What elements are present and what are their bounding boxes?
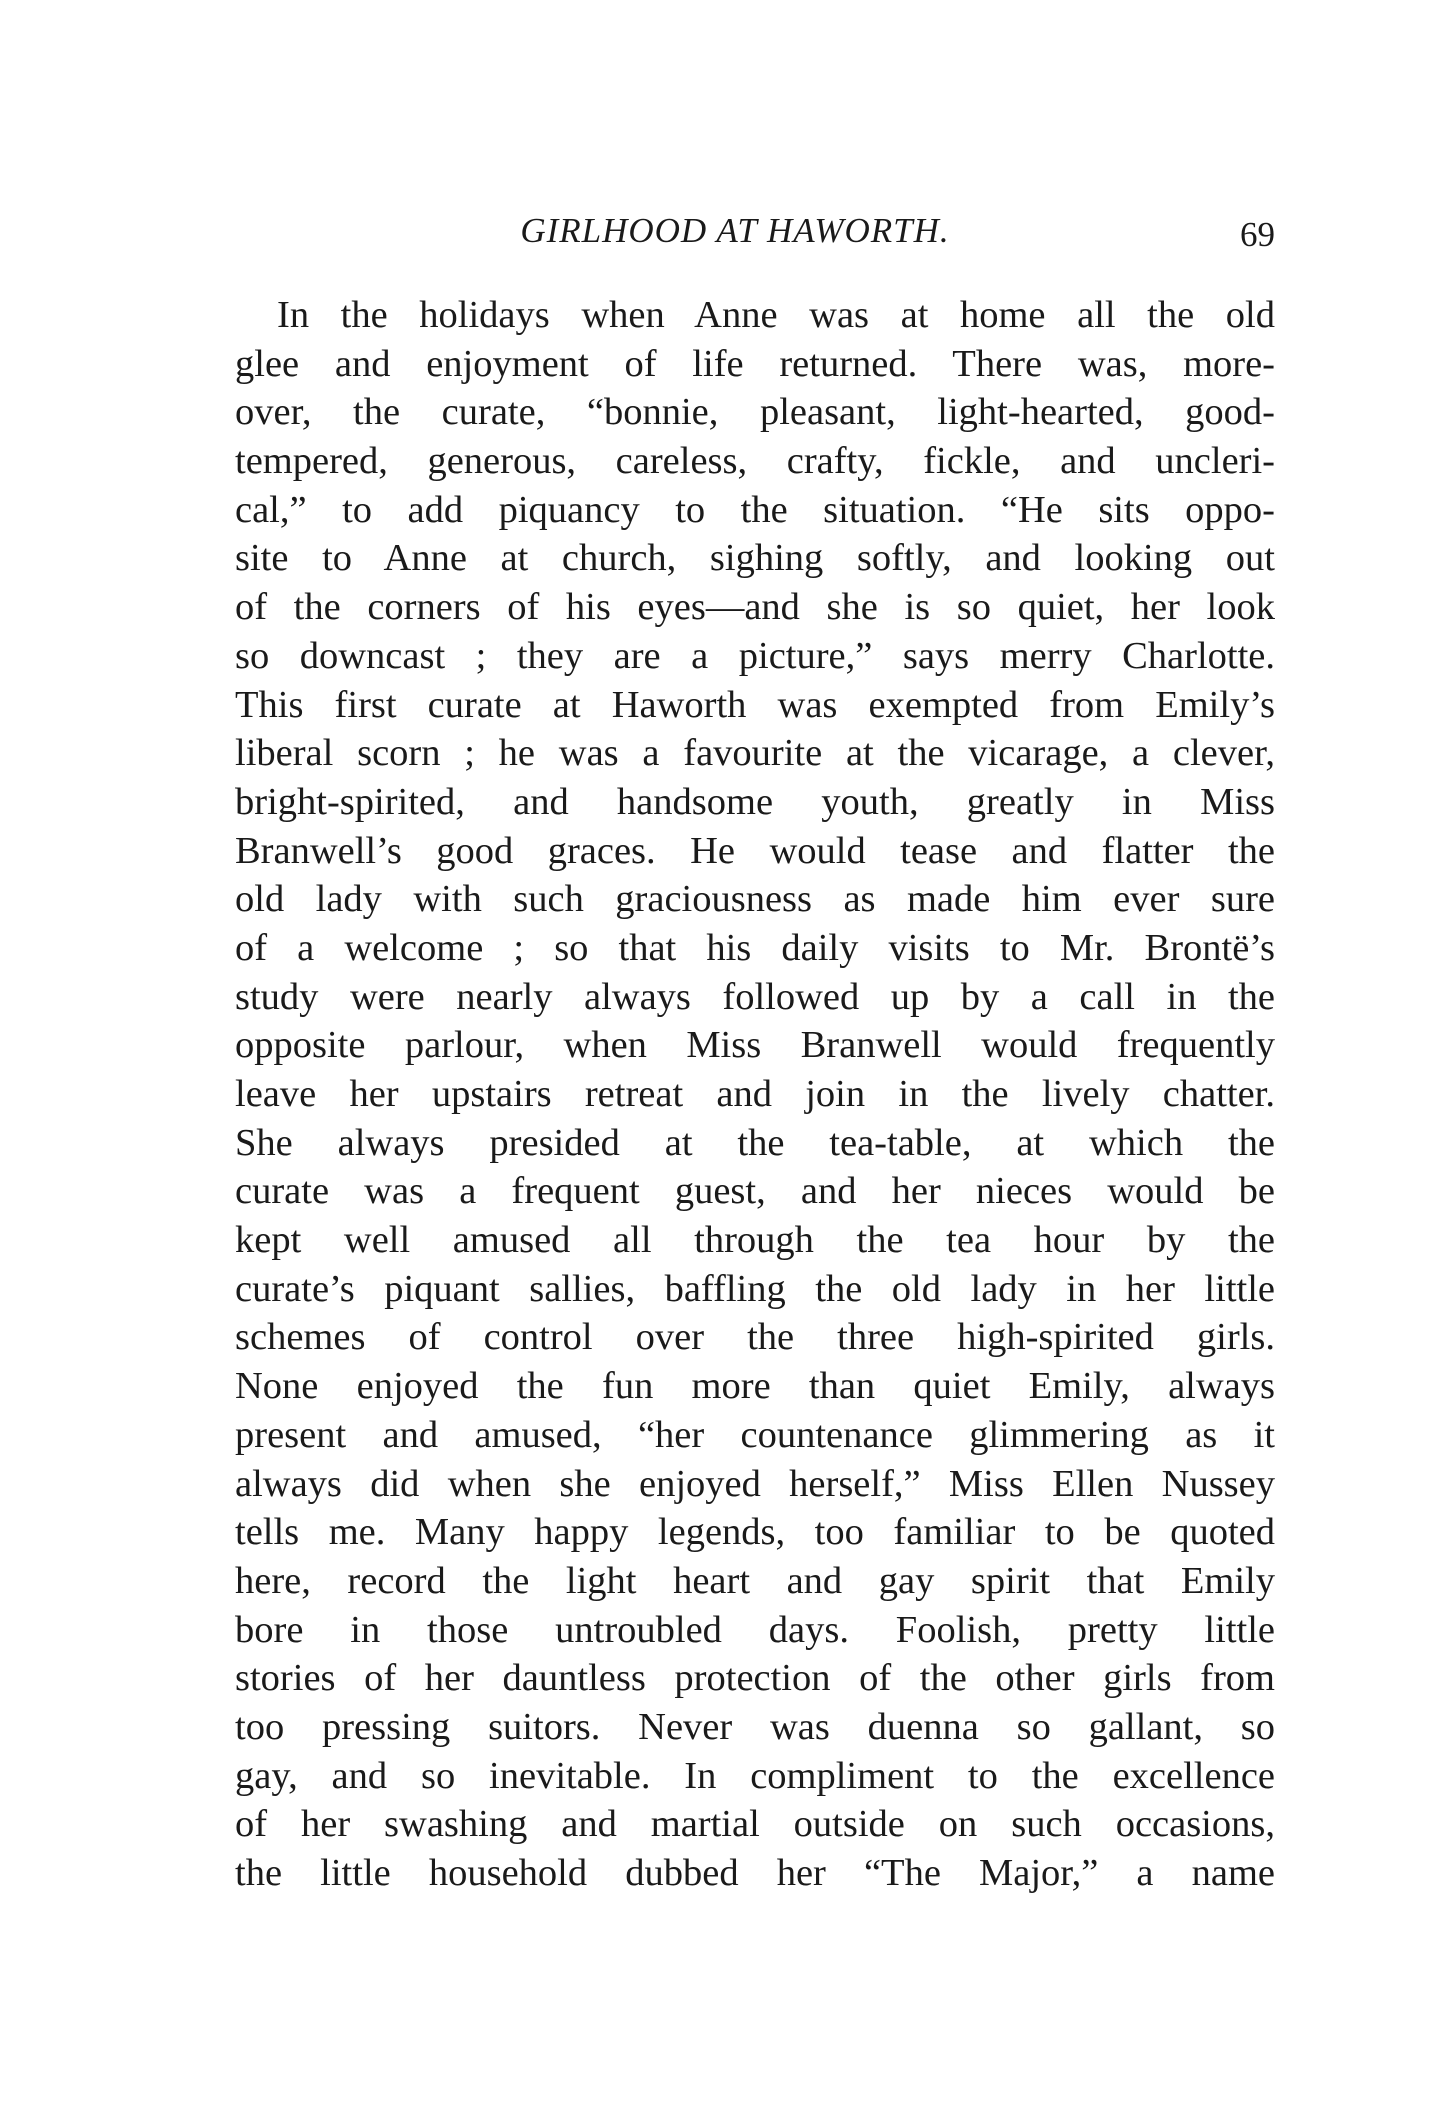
text-line: schemes of control over the three high-s… [235,1313,1275,1362]
text-line: glee and enjoyment of life returned. The… [235,340,1275,389]
text-line: over, the curate, “bonnie, pleasant, lig… [235,388,1275,437]
text-line: so downcast ; they are a picture,” says … [235,632,1275,681]
text-line: stories of her dauntless protection of t… [235,1654,1275,1703]
text-line: tells me. Many happy legends, too famili… [235,1508,1275,1557]
text-line: old lady with such graciousness as made … [235,875,1275,924]
text-line: liberal scorn ; he was a favourite at th… [235,729,1275,778]
text-line: She always presided at the tea-table, at… [235,1119,1275,1168]
text-line: cal,” to add piquancy to the situation. … [235,486,1275,535]
text-line: bore in those untroubled days. Foolish, … [235,1606,1275,1655]
text-line: curate was a frequent guest, and her nie… [235,1167,1275,1216]
running-title: GIRLHOOD AT HAWORTH. [235,211,1275,251]
text-line: site to Anne at church, sighing softly, … [235,534,1275,583]
text-line: gay, and so inevitable. In compliment to… [235,1752,1275,1801]
text-line: of the corners of his eyes—and she is so… [235,583,1275,632]
text-line: the little household dubbed her “The Maj… [235,1849,1275,1898]
page-number: 69 [1240,215,1275,255]
text-line: always did when she enjoyed herself,” Mi… [235,1460,1275,1509]
text-line: Branwell’s good graces. He would tease a… [235,827,1275,876]
book-page: GIRLHOOD AT HAWORTH. 69 In the holidays … [0,0,1454,2101]
text-line: In the holidays when Anne was at home al… [235,291,1275,340]
text-line: leave her upstairs retreat and join in t… [235,1070,1275,1119]
text-line: of her swashing and martial outside on s… [235,1800,1275,1849]
text-line: tempered, generous, careless, crafty, fi… [235,437,1275,486]
text-line: None enjoyed the fun more than quiet Emi… [235,1362,1275,1411]
body-paragraph: In the holidays when Anne was at home al… [235,291,1275,1898]
text-line: bright-spirited, and handsome youth, gre… [235,778,1275,827]
text-line: of a welcome ; so that his daily visits … [235,924,1275,973]
text-line: kept well amused all through the tea hou… [235,1216,1275,1265]
text-line: too pressing suitors. Never was duenna s… [235,1703,1275,1752]
text-line: study were nearly always followed up by … [235,973,1275,1022]
text-line: present and amused, “her countenance gli… [235,1411,1275,1460]
text-line: here, record the light heart and gay spi… [235,1557,1275,1606]
text-line: curate’s piquant sallies, baffling the o… [235,1265,1275,1314]
text-line: This first curate at Haworth was exempte… [235,681,1275,730]
running-head: GIRLHOOD AT HAWORTH. 69 [235,205,1275,265]
text-line: opposite parlour, when Miss Branwell wou… [235,1021,1275,1070]
